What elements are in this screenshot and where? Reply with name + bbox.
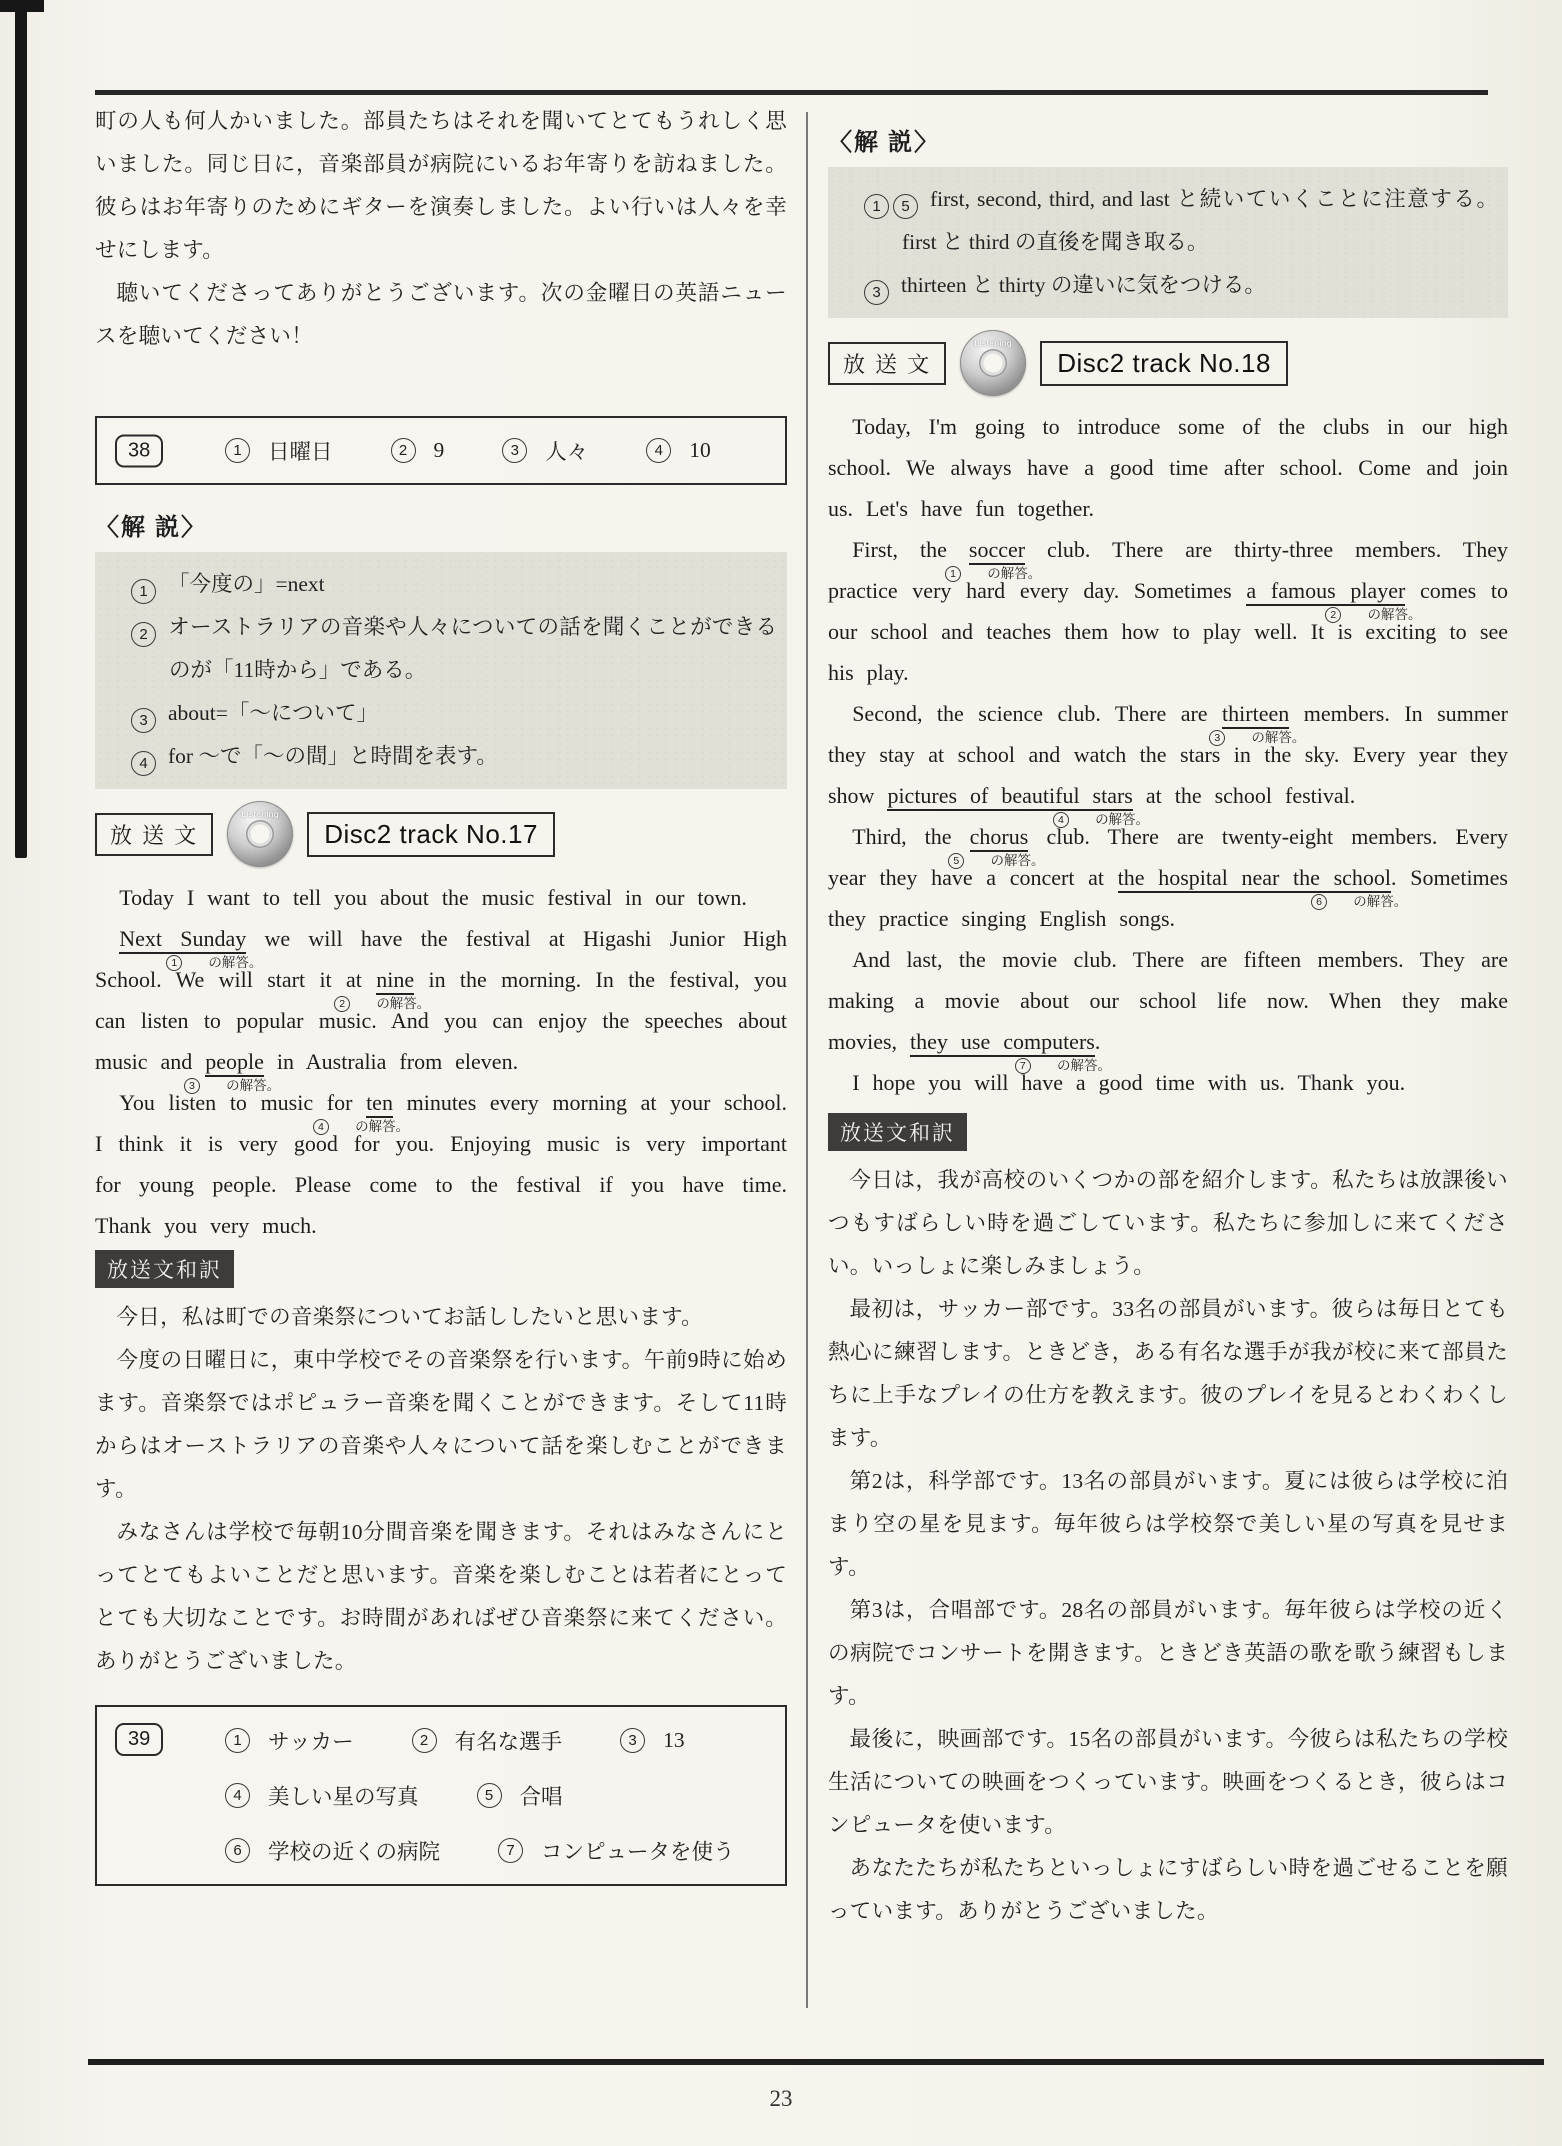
answer-option: 313	[620, 1728, 685, 1753]
circled-number: 4	[1053, 812, 1069, 828]
answer-option: 1サッカー	[225, 1725, 354, 1756]
en-paragraph: Second, the science club. There are thir…	[828, 693, 1508, 816]
answer-option-label: 有名な選手	[455, 1725, 563, 1756]
jp-translation: 今日，私は町での音楽祭についてお話ししたいと思います。今度の日曜日に，東中学校で…	[95, 1296, 787, 1683]
answer-option-row: 1サッカー2有名な選手313	[225, 1725, 771, 1756]
circled-number: 4	[131, 751, 156, 776]
answer-underline: pictures of beautiful stars4の解答。	[887, 783, 1132, 811]
circled-number: 5	[477, 1783, 502, 1808]
answer-underline: soccer1の解答。	[969, 537, 1025, 565]
answer-options: 1日曜日293人々410	[225, 435, 771, 466]
answer-option: 1日曜日	[225, 435, 333, 466]
broadcast-row: 放 送 文 Listening Disc2 track No.18	[828, 328, 1508, 398]
item-numbers: 1	[131, 572, 156, 596]
answer-option: 410	[646, 438, 711, 463]
answer-underline: people3の解答。	[205, 1049, 264, 1077]
circled-number: 3	[864, 280, 889, 305]
cd-icon: Listening	[227, 801, 293, 867]
broadcast-label: 放 送 文	[828, 342, 946, 385]
item-numbers: 4	[131, 744, 156, 768]
circled-number: 1	[225, 1728, 250, 1753]
circled-number: 1	[131, 579, 156, 604]
circled-number: 1	[945, 566, 961, 582]
circled-number: 2	[1325, 607, 1341, 623]
answer-option: 29	[391, 438, 445, 463]
answer-box-39: 39 1サッカー2有名な選手3134美しい星の写真5合唱6学校の近くの病院7コン…	[95, 1705, 787, 1886]
kaisetsu-text: for 〜で「〜の間」と時間を表す。	[168, 744, 498, 768]
answer-underline: ten4の解答。	[366, 1090, 393, 1118]
answer-annotation: 2の解答。	[334, 996, 430, 1012]
answer-option-label: 美しい星の写真	[268, 1780, 419, 1811]
circled-number: 6	[1311, 894, 1327, 910]
answer-annotation: 3の解答。	[184, 1078, 280, 1094]
answer-option-label: 日曜日	[268, 435, 333, 466]
answer-options: 1サッカー2有名な選手3134美しい星の写真5合唱6学校の近くの病院7コンピュー…	[225, 1725, 771, 1866]
kaisetsu-text: 「今度の」=next	[168, 572, 325, 596]
circled-number: 4	[225, 1783, 250, 1808]
answer-option: 4美しい星の写真	[225, 1780, 419, 1811]
answer-box-38: 38 1日曜日293人々410	[95, 416, 787, 485]
en-paragraph: Today, I'm going to introduce some of th…	[828, 406, 1508, 529]
en-paragraph: I hope you will have a good time with us…	[828, 1062, 1508, 1103]
english-script: Today I want to tell you about the music…	[95, 877, 787, 1246]
item-numbers: 3	[131, 701, 156, 725]
jp-paragraph: 第3は，合唱部です。28名の部員がいます。毎年彼らは学校の近くの病院でコンサート…	[828, 1589, 1508, 1718]
circled-number: 3	[620, 1728, 645, 1753]
jp-paragraph: 今日は，我が高校のいくつかの部を紹介します。私たちは放課後いつもすばらしい時を過…	[828, 1159, 1508, 1288]
jp-paragraph: 今日，私は町での音楽祭についてお話ししたいと思います。	[95, 1296, 787, 1339]
item-numbers: 3	[864, 273, 889, 297]
answer-option: 7コンピュータを使う	[498, 1835, 735, 1866]
answer-option: 2有名な選手	[412, 1725, 563, 1756]
answer-underline: nine2の解答。	[376, 967, 414, 995]
right-column: 〈解 説〉 15first, second, third, and last と…	[828, 122, 1508, 1933]
cd-listening-text: Listening	[241, 809, 279, 819]
jp-paragraph: 今度の日曜日に，東中学校でその音楽祭を行います。午前9時に始めます。音楽祭ではポ…	[95, 1339, 787, 1511]
answer-option-label: 学校の近くの病院	[268, 1835, 440, 1866]
kaisetsu-item: 4for 〜で「〜の間」と時間を表す。	[109, 735, 777, 778]
book-spine-shadow	[15, 0, 27, 858]
answer-option-row: 1日曜日293人々410	[225, 435, 771, 466]
cd-listening-text: Listening	[974, 338, 1012, 348]
jp-closing-paragraph: 聴いてくださってありがとうございます。次の金曜日の英語ニュースを聴いてください！	[95, 272, 787, 358]
answer-option-label: 10	[689, 438, 711, 463]
circled-number: 3	[1209, 730, 1225, 746]
column-divider	[806, 112, 808, 2008]
answer-annotation: 3の解答。	[1209, 730, 1305, 746]
answer-option-label: 9	[434, 438, 445, 463]
kaisetsu-item: 15first, second, third, and last と続いていくこ…	[842, 178, 1498, 264]
jp-continued-paragraph: 町の人も何人かいました。部員たちはそれを聞いてとてもうれしく思いました。同じ日に…	[95, 100, 787, 272]
top-rule	[95, 90, 1488, 95]
answer-option-label: サッカー	[268, 1725, 354, 1756]
circled-number: 3	[502, 438, 527, 463]
circled-number: 5	[893, 194, 918, 219]
answer-annotation: 2の解答。	[1325, 607, 1421, 623]
circled-number: 2	[131, 622, 156, 647]
answer-annotation: 1の解答。	[945, 566, 1041, 582]
broadcast-label: 放 送 文	[95, 813, 213, 856]
item-numbers: 15	[864, 187, 918, 211]
kaisetsu-item: 3thirteen と thirty の違いに気をつける。	[842, 264, 1498, 307]
answer-annotation: 5の解答。	[948, 853, 1044, 869]
jp-paragraph: 最後に，映画部です。15名の部員がいます。今彼らは私たちの学校生活についての映画…	[828, 1718, 1508, 1847]
answer-annotation: 1の解答。	[166, 955, 262, 971]
en-paragraph: You listen to music for ten4の解答。 minutes…	[95, 1082, 787, 1246]
broadcast-translation-row: 放送文和訳	[828, 1113, 1508, 1151]
answer-option-row: 6学校の近くの病院7コンピュータを使う	[225, 1835, 771, 1866]
jp-paragraph: 最初は，サッカー部です。33名の部員がいます。彼らは毎日とても熱心に練習します。…	[828, 1288, 1508, 1460]
broadcast-translation-label: 放送文和訳	[95, 1250, 234, 1288]
answer-annotation: 7の解答。	[1015, 1058, 1111, 1074]
answer-underline: chorus5の解答。	[970, 824, 1029, 852]
answer-underline: Next Sunday1の解答。	[119, 926, 246, 954]
answer-option-label: コンピュータを使う	[541, 1835, 735, 1866]
answer-option: 5合唱	[477, 1780, 563, 1811]
answer-annotation: 6の解答。	[1311, 894, 1407, 910]
jp-translation: 今日は，我が高校のいくつかの部を紹介します。私たちは放課後いつもすばらしい時を過…	[828, 1159, 1508, 1933]
answer-option-row: 4美しい星の写真5合唱	[225, 1780, 771, 1811]
circled-number: 2	[391, 438, 416, 463]
question-number-pill: 38	[115, 434, 163, 467]
english-script: Today, I'm going to introduce some of th…	[828, 406, 1508, 1103]
answer-option: 3人々	[502, 435, 588, 466]
circled-number: 3	[184, 1078, 200, 1094]
circled-number: 4	[646, 438, 671, 463]
kaisetsu-heading: 〈解 説〉	[828, 122, 1508, 157]
kaisetsu-block: 1「今度の」=next2オーストラリアの音楽や人々についての話を聞くことができる…	[95, 552, 787, 789]
answer-option: 6学校の近くの病院	[225, 1835, 440, 1866]
broadcast-translation-row: 放送文和訳	[95, 1250, 787, 1288]
circled-number: 2	[412, 1728, 437, 1753]
disc-track-label: Disc2 track No.18	[1040, 341, 1288, 386]
en-paragraph: First, the soccer1の解答。 club. There are t…	[828, 529, 1508, 693]
jp-paragraph: あなたたちが私たちといっしょにすばらしい時を過ごせることを願っています。ありがと…	[828, 1847, 1508, 1933]
bottom-rule	[88, 2059, 1544, 2065]
en-paragraph: Today I want to tell you about the music…	[95, 877, 787, 918]
broadcast-row: 放 送 文 Listening Disc2 track No.17	[95, 799, 787, 869]
circled-number: 7	[498, 1838, 523, 1863]
circled-number: 6	[225, 1838, 250, 1863]
cd-icon: Listening	[960, 330, 1026, 396]
circled-number: 3	[131, 708, 156, 733]
kaisetsu-text: first, second, third, and last と続いていくことに…	[902, 187, 1498, 254]
kaisetsu-text: thirteen と thirty の違いに気をつける。	[901, 273, 1266, 297]
jp-paragraph: みなさんは学校で毎朝10分間音楽を聞きます。それはみなさんにとってとてもよいこと…	[95, 1511, 787, 1683]
answer-option-label: 13	[663, 1728, 685, 1753]
answer-annotation: 4の解答。	[1053, 812, 1149, 828]
circled-number: 1	[166, 955, 182, 971]
kaisetsu-item: 2オーストラリアの音楽や人々についての話を聞くことができるのが「11時から」であ…	[109, 606, 777, 692]
circled-number: 4	[313, 1119, 329, 1135]
kaisetsu-heading: 〈解 説〉	[95, 507, 787, 542]
circled-number: 1	[864, 194, 889, 219]
answer-underline: thirteen3の解答。	[1222, 701, 1289, 729]
circled-number: 5	[948, 853, 964, 869]
question-number-pill: 39	[115, 1723, 163, 1756]
en-paragraph: Next Sunday1の解答。 we will have the festiv…	[95, 918, 787, 1082]
answer-underline: a famous player2の解答。	[1246, 578, 1405, 606]
answer-annotation: 4の解答。	[313, 1119, 409, 1135]
en-paragraph: Third, the chorus5の解答。 club. There are t…	[828, 816, 1508, 939]
left-column: 町の人も何人かいました。部員たちはそれを聞いてとてもうれしく思いました。同じ日に…	[95, 100, 787, 1886]
kaisetsu-text: オーストラリアの音楽や人々についての話を聞くことができるのが「11時から」である…	[168, 615, 777, 682]
page-number: 23	[0, 2086, 1562, 2112]
circled-number: 7	[1015, 1058, 1031, 1074]
broadcast-translation-label: 放送文和訳	[828, 1113, 967, 1151]
en-paragraph: And last, the movie club. There are fift…	[828, 939, 1508, 1062]
jp-paragraph: 第2は，科学部です。13名の部員がいます。夏には彼らは学校に泊まり空の星を見ます…	[828, 1460, 1508, 1589]
kaisetsu-block: 15first, second, third, and last と続いていくこ…	[828, 167, 1508, 318]
item-numbers: 2	[131, 615, 156, 639]
kaisetsu-text: about=「〜について」	[168, 701, 378, 725]
answer-option-label: 人々	[545, 435, 588, 466]
disc-track-label: Disc2 track No.17	[307, 812, 555, 857]
answer-underline: they use computers7の解答。	[910, 1029, 1095, 1057]
book-spine-shadow-top	[0, 0, 44, 12]
kaisetsu-item: 3about=「〜について」	[109, 692, 777, 735]
circled-number: 2	[334, 996, 350, 1012]
answer-underline: the hospital near the school6の解答。	[1118, 865, 1391, 893]
kaisetsu-item: 1「今度の」=next	[109, 563, 777, 606]
answer-option-label: 合唱	[520, 1780, 563, 1811]
circled-number: 1	[225, 438, 250, 463]
